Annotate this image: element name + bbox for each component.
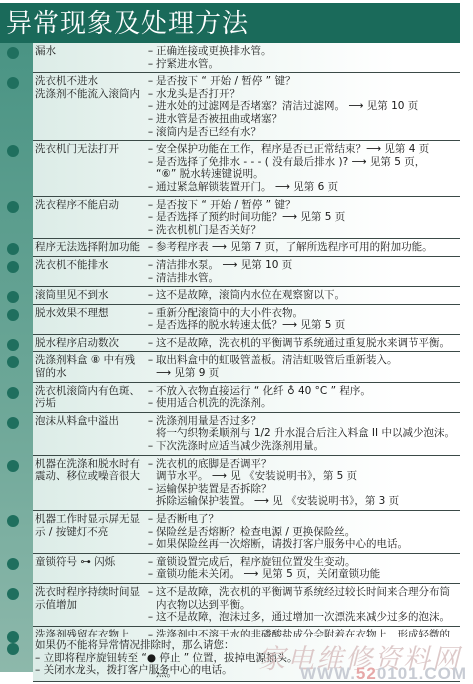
dash-marker: – bbox=[145, 337, 156, 350]
dash-marker: – bbox=[145, 45, 156, 58]
bullet-icon bbox=[7, 588, 19, 600]
bullet-icon bbox=[7, 417, 19, 429]
dash-marker: – bbox=[145, 568, 156, 581]
solutions-cell: –童锁设置完成后，程序旋钮位置发生变动。–童锁功能未关闭。 ⟶ 见第 5 页，关… bbox=[145, 554, 460, 583]
solution-line: –清洁排水泵。 ⟶ 见第 10 页 bbox=[145, 259, 460, 272]
solution-line: 调节水平。 ⟶ 见 《安装说明书》，第 5 页 bbox=[145, 470, 460, 483]
troubleshooting-table: 漏水–正确连接或更换排水管。–拧紧进水管。洗衣机不进水 洗涤剂不能流入滚筒内–是… bbox=[33, 43, 460, 682]
bullet-icon bbox=[7, 309, 19, 321]
dash-marker: – bbox=[145, 100, 156, 113]
solution-line: –是否选择了预约时间功能？⟶ 见第 5 页 bbox=[145, 211, 460, 224]
bullet-icon bbox=[7, 339, 19, 351]
problem-cell: 洗衣机不进水 洗涤剂不能流入滚筒内 bbox=[33, 73, 145, 140]
solution-line: –清洁排水管。 bbox=[145, 272, 460, 285]
solution-text: 是否断电了？ bbox=[156, 513, 460, 526]
solution-text: 重新分配滚筒中的大小件衣物。 bbox=[156, 307, 460, 320]
page-title: 异常现象及处理方法 bbox=[6, 7, 249, 41]
solution-text: 安全保护功能在工作，程序是否已正常结束？⟶ 见第 4 页 bbox=[156, 143, 460, 156]
table-row: 洗涤剂料盒 ⑧ 中有残留的水–取出料盒中的虹吸管盖板。清洁虹吸管后重新装入。⟶ … bbox=[33, 352, 460, 382]
solution-line: 将一勺织物柔顺剂与 1/2 升水混合后注入料盒 II 中以减少泡沫。 bbox=[145, 427, 460, 440]
solutions-cell: –重新分配滚筒中的大小件衣物。–是否选择的脱水转速太低？⟶ 见第 5 页 bbox=[145, 305, 460, 334]
problem-cell: 洗衣机门无法打开 bbox=[33, 141, 145, 195]
bullet-icon bbox=[7, 643, 19, 655]
solution-line: –下次洗涤时应适当减少洗涤剂用量。 bbox=[145, 440, 460, 453]
solution-text: 这不是故障，滚筒内水位在观察窗以下。 bbox=[156, 289, 460, 302]
solution-line: ⟶ 见第 9 页 bbox=[145, 367, 460, 380]
solution-text: 拆除运输保护装置。 ⟶ 见 《安装说明书》，第 3 页 bbox=[156, 495, 460, 508]
solution-line: –是否断电了？ bbox=[145, 513, 460, 526]
problem-cell: 洗衣机不能排水 bbox=[33, 257, 145, 286]
problem-cell: 漏水 bbox=[33, 43, 145, 72]
problem-cell: 洗衣程序不能启动 bbox=[33, 197, 145, 239]
solution-text: 通过紧急解锁装置开门。 ⟶ 见第 6 页 bbox=[156, 181, 460, 194]
solution-line: –参考程序表 ⟶ 见第 7 页，了解所选程序可用的附加功能。 bbox=[145, 241, 460, 254]
solution-text: 清洁排水泵。 ⟶ 见第 10 页 bbox=[156, 259, 460, 272]
solutions-cell: –洗衣机的底脚是否调平？调节水平。 ⟶ 见 《安装说明书》，第 5 页–运输保护… bbox=[145, 456, 460, 510]
solutions-cell: –清洁排水泵。 ⟶ 见第 10 页–清洁排水管。 bbox=[145, 257, 460, 286]
solutions-cell: –参考程序表 ⟶ 见第 7 页，了解所选程序可用的附加功能。 bbox=[145, 239, 460, 256]
dash-marker: – bbox=[145, 513, 156, 526]
solution-text: 这不是故障，洗衣机的平衡调节系统经过较长时间来合理分布筒内衣物以达到平衡。 bbox=[156, 586, 460, 611]
solution-text: 如果保险丝再一次熔断，请拨打客户服务中心的电话。 bbox=[156, 538, 460, 551]
dash-marker: – bbox=[145, 289, 156, 302]
bullet-icon bbox=[7, 460, 19, 472]
bullet-icon bbox=[7, 558, 19, 570]
solutions-cell: –是否按下 “ 开始 / 暂停 ” 键？–水龙头是否打开？–进水处的过滤网是否堵… bbox=[145, 73, 460, 140]
dash-marker: – bbox=[145, 88, 156, 101]
watermark-url-suffix: 0101.COM bbox=[377, 664, 467, 683]
dash-marker: – bbox=[145, 75, 156, 88]
solution-line: –洗衣机的底脚是否调平？ bbox=[145, 458, 460, 471]
solution-line: –拧紧进水管。 bbox=[145, 58, 460, 71]
solution-line: –这不是故障，滚筒内水位在观察窗以下。 bbox=[145, 289, 460, 302]
solutions-cell: –这不是故障，洗衣机的平衡调节系统通过重复脱水来调节平衡。 bbox=[145, 335, 460, 352]
solution-text: 取出料盒中的虹吸管盖板。清洁虹吸管后重新装入。 bbox=[156, 354, 460, 367]
table-row: 洗衣机滚筒内有色斑、污垢–不放入衣物直接运行 “ 化纤 ♁ 40 °C ” 程序… bbox=[33, 383, 460, 413]
problem-cell: 脱水程序启动数次 bbox=[33, 335, 145, 352]
dash-marker: – bbox=[145, 319, 156, 332]
solution-line: –重新分配滚筒中的大小件衣物。 bbox=[145, 307, 460, 320]
problem-cell: 洗衣机滚筒内有色斑、污垢 bbox=[33, 383, 145, 412]
solution-line: –是否按下 “ 开始 / 暂停 ” 键？ bbox=[145, 75, 460, 88]
table-row: 机器工作时显示屏无显示 / 按键灯不亮–是否断电了？–保险丝是否熔断？检查电源 … bbox=[33, 511, 460, 554]
table-row: 脱水效果不理想–重新分配滚筒中的大小件衣物。–是否选择的脱水转速太低？⟶ 见第 … bbox=[33, 305, 460, 335]
dash-marker bbox=[145, 168, 156, 181]
solution-text: 进水处的过滤网是否堵塞？清洁过滤网。 ⟶ 见第 10 页 bbox=[156, 100, 460, 113]
solution-line: –这不是故障，洗衣机的平衡调节系统通过重复脱水来调节平衡。 bbox=[145, 337, 460, 350]
solutions-cell: –是否按下 “ 开始 / 暂停 ” 键？–是否选择了预约时间功能？⟶ 见第 5 … bbox=[145, 197, 460, 239]
solution-text: 这不是故障，洗衣机的平衡调节系统通过重复脱水来调节平衡。 bbox=[156, 337, 460, 350]
bullet-icon bbox=[7, 201, 19, 213]
solution-line: –保险丝是否熔断？检查电源 / 更换保险丝。 bbox=[145, 526, 460, 539]
problem-cell: 程序无法选择附加功能 bbox=[33, 239, 145, 256]
bullet-icon bbox=[7, 631, 19, 643]
dash-marker: – bbox=[145, 58, 156, 71]
dash-marker bbox=[145, 367, 156, 380]
solution-text: 调节水平。 ⟶ 见 《安装说明书》，第 5 页 bbox=[156, 470, 460, 483]
solution-line: –如果保险丝再一次熔断，请拨打客户服务中心的电话。 bbox=[145, 538, 460, 551]
solution-line: –是否选择了免排水 - - - ( 没有最后排水 )? ⟶ 见第 5 页， bbox=[145, 156, 460, 169]
dash-marker: – bbox=[145, 224, 156, 237]
problem-cell: 滚筒里见不到水 bbox=[33, 287, 145, 304]
solution-text: 将一勺织物柔顺剂与 1/2 升水混合后注入料盒 II 中以减少泡沫。 bbox=[156, 427, 460, 440]
dash-marker: – bbox=[145, 586, 156, 611]
table-row: 洗衣机门无法打开–安全保护功能在工作，程序是否已正常结束？⟶ 见第 4 页–是否… bbox=[33, 141, 460, 196]
solution-text: 下次洗涤时应适当减少洗涤剂用量。 bbox=[156, 440, 460, 453]
dash-marker: – bbox=[145, 199, 156, 212]
dash-marker: – bbox=[145, 211, 156, 224]
solution-text: 不放入衣物直接运行 “ 化纤 ♁ 40 °C ” 程序。 bbox=[156, 385, 460, 398]
bullet-icon bbox=[7, 387, 19, 399]
solution-text: 运输保护装置是否拆除？ bbox=[156, 483, 460, 496]
dash-marker: – bbox=[145, 259, 156, 272]
dash-marker bbox=[145, 427, 156, 440]
problem-cell: 脱水效果不理想 bbox=[33, 305, 145, 334]
problem-cell: 洗衣时程序持续时间显示值增加 bbox=[33, 584, 145, 626]
solution-text: 洗衣机机门是否关好？ bbox=[156, 224, 460, 237]
solution-text: 是否选择了免排水 - - - ( 没有最后排水 )? ⟶ 见第 5 页， bbox=[156, 156, 460, 169]
dash-marker: – bbox=[145, 538, 156, 551]
dash-marker: – bbox=[145, 483, 156, 496]
dash-marker: – bbox=[145, 397, 156, 410]
solution-line: –进水处的过滤网是否堵塞？清洁过滤网。 ⟶ 见第 10 页 bbox=[145, 100, 460, 113]
problem-cell: 机器工作时显示屏无显示 / 按键灯不亮 bbox=[33, 511, 145, 553]
dash-marker: – bbox=[145, 611, 156, 624]
dash-marker: – bbox=[145, 272, 156, 285]
solution-text: 童锁设置完成后，程序旋钮位置发生变动。 bbox=[156, 556, 460, 569]
solution-line: –使用适合机洗的洗涤剂。 bbox=[145, 397, 460, 410]
page-header: 异常现象及处理方法 bbox=[0, 3, 460, 43]
dash-marker: – bbox=[145, 126, 156, 139]
solution-line: –通过紧急解锁装置开门。 ⟶ 见第 6 页 bbox=[145, 181, 460, 194]
problem-cell: 洗涤剂料盒 ⑧ 中有残留的水 bbox=[33, 352, 145, 381]
solution-text: 进水管是否被扭曲或堵塞？ bbox=[156, 113, 460, 126]
solution-line: –童锁功能未关闭。 ⟶ 见第 5 页，关闭童锁功能 bbox=[145, 568, 460, 581]
solutions-cell: –正确连接或更换排水管。–拧紧进水管。 bbox=[145, 43, 460, 72]
table-row: 滚筒里见不到水–这不是故障，滚筒内水位在观察窗以下。 bbox=[33, 287, 460, 305]
watermark-url-accent: 52 bbox=[356, 664, 377, 683]
dash-marker: – bbox=[145, 556, 156, 569]
solution-line: –是否按下 “ 开始 / 暂停 ” 键？ bbox=[145, 199, 460, 212]
solution-line: –滚筒内是否已经有水？ bbox=[145, 126, 460, 139]
dash-marker: – bbox=[145, 385, 156, 398]
solutions-cell: –不放入衣物直接运行 “ 化纤 ♁ 40 °C ” 程序。–使用适合机洗的洗涤剂… bbox=[145, 383, 460, 412]
dash-marker: – bbox=[145, 415, 156, 428]
solution-line: –取出料盒中的虹吸管盖板。清洁虹吸管后重新装入。 bbox=[145, 354, 460, 367]
bullet-icon bbox=[7, 291, 19, 303]
bullet-icon bbox=[7, 515, 19, 527]
bullet-icon bbox=[7, 47, 19, 59]
solution-text: 水龙头是否打开？ bbox=[156, 88, 460, 101]
dash-marker bbox=[145, 495, 156, 508]
table-row: 洗衣时程序持续时间显示值增加–这不是故障，洗衣机的平衡调节系统经过较长时间来合理… bbox=[33, 584, 460, 627]
solution-text: 童锁功能未关闭。 ⟶ 见第 5 页，关闭童锁功能 bbox=[156, 568, 460, 581]
solution-line: “⑥” 脱水转速键说明。 bbox=[145, 168, 460, 181]
table-row: 程序无法选择附加功能–参考程序表 ⟶ 见第 7 页，了解所选程序可用的附加功能。 bbox=[33, 239, 460, 257]
solutions-cell: –洗涤剂用量是否过多？将一勺织物柔顺剂与 1/2 升水混合后注入料盒 II 中以… bbox=[145, 413, 460, 455]
solutions-cell: –取出料盒中的虹吸管盖板。清洁虹吸管后重新装入。⟶ 见第 9 页 bbox=[145, 352, 460, 381]
table-row: 脱水程序启动数次–这不是故障，洗衣机的平衡调节系统通过重复脱水来调节平衡。 bbox=[33, 335, 460, 353]
dash-marker: – bbox=[145, 241, 156, 254]
solution-line: –不放入衣物直接运行 “ 化纤 ♁ 40 °C ” 程序。 bbox=[145, 385, 460, 398]
solution-text: 拧紧进水管。 bbox=[156, 58, 460, 71]
solution-text: 滚筒内是否已经有水？ bbox=[156, 126, 460, 139]
solutions-cell: –安全保护功能在工作，程序是否已正常结束？⟶ 见第 4 页–是否选择了免排水 -… bbox=[145, 141, 460, 195]
solution-text: 是否按下 “ 开始 / 暂停 ” 键？ bbox=[156, 75, 460, 88]
dash-marker: – bbox=[145, 156, 156, 169]
solution-line: –是否选择的脱水转速太低？⟶ 见第 5 页 bbox=[145, 319, 460, 332]
solution-line: –洗涤剂用量是否过多？ bbox=[145, 415, 460, 428]
solution-text: 参考程序表 ⟶ 见第 7 页，了解所选程序可用的附加功能。 bbox=[156, 241, 460, 254]
solution-line: –这不是故障，洗衣机的平衡调节系统经过较长时间来合理分布筒内衣物以达到平衡。 bbox=[145, 586, 460, 611]
dash-marker: – bbox=[145, 440, 156, 453]
solution-text: 正确连接或更换排水管。 bbox=[156, 45, 460, 58]
solution-text: 洗涤剂用量是否过多？ bbox=[156, 415, 460, 428]
bullet-icon bbox=[7, 261, 19, 273]
solutions-cell: –是否断电了？–保险丝是否熔断？检查电源 / 更换保险丝。–如果保险丝再一次熔断… bbox=[145, 511, 460, 553]
solution-text: 保险丝是否熔断？检查电源 / 更换保险丝。 bbox=[156, 526, 460, 539]
problem-cell: 泡沫从料盒中溢出 bbox=[33, 413, 145, 455]
solution-line: –童锁设置完成后，程序旋钮位置发生变动。 bbox=[145, 556, 460, 569]
solution-line: –水龙头是否打开？ bbox=[145, 88, 460, 101]
dash-marker bbox=[145, 470, 156, 483]
dash-marker: – bbox=[145, 143, 156, 156]
table-row: 洗衣机不能排水–清洁排水泵。 ⟶ 见第 10 页–清洁排水管。 bbox=[33, 257, 460, 287]
solution-text: 使用适合机洗的洗涤剂。 bbox=[156, 397, 460, 410]
table-row: 洗衣程序不能启动–是否按下 “ 开始 / 暂停 ” 键？–是否选择了预约时间功能… bbox=[33, 197, 460, 240]
solution-line: –安全保护功能在工作，程序是否已正常结束？⟶ 见第 4 页 bbox=[145, 143, 460, 156]
table-row: 漏水–正确连接或更换排水管。–拧紧进水管。 bbox=[33, 43, 460, 73]
table-row: 机器在洗涤和脱水时有震动、移位或噪音很大–洗衣机的底脚是否调平？调节水平。 ⟶ … bbox=[33, 456, 460, 511]
table-row: 泡沫从料盒中溢出–洗涤剂用量是否过多？将一勺织物柔顺剂与 1/2 升水混合后注入… bbox=[33, 413, 460, 456]
solution-text: “⑥” 脱水转速键说明。 bbox=[156, 168, 460, 181]
solution-line: 拆除运输保护装置。 ⟶ 见 《安装说明书》，第 3 页 bbox=[145, 495, 460, 508]
solution-line: –运输保护装置是否拆除？ bbox=[145, 483, 460, 496]
dash-marker: – bbox=[145, 307, 156, 320]
watermark-url: WWW.520101.COM bbox=[300, 664, 467, 684]
solution-line: –进水管是否被扭曲或堵塞？ bbox=[145, 113, 460, 126]
problem-cell: 童锁符号 ⊶ 闪烁 bbox=[33, 554, 145, 583]
solution-text: 洗衣机的底脚是否调平？ bbox=[156, 458, 460, 471]
solution-text: 清洁排水管。 bbox=[156, 272, 460, 285]
solution-line: –洗衣机机门是否关好？ bbox=[145, 224, 460, 237]
table-row: 洗衣机不进水 洗涤剂不能流入滚筒内–是否按下 “ 开始 / 暂停 ” 键？–水龙… bbox=[33, 73, 460, 141]
solution-text: 这不是故障，泡沫过多，通过增加一次漂洗来减少过多的泡沫。 bbox=[156, 611, 460, 624]
solution-line: –正确连接或更换排水管。 bbox=[145, 45, 460, 58]
dash-marker: – bbox=[145, 458, 156, 471]
table-row: 童锁符号 ⊶ 闪烁–童锁设置完成后，程序旋钮位置发生变动。–童锁功能未关闭。 ⟶… bbox=[33, 554, 460, 584]
solution-text: ⟶ 见第 9 页 bbox=[156, 367, 460, 380]
problem-cell: 机器在洗涤和脱水时有震动、移位或噪音很大 bbox=[33, 456, 145, 510]
solutions-cell: –这不是故障，洗衣机的平衡调节系统经过较长时间来合理分布筒内衣物以达到平衡。–这… bbox=[145, 584, 460, 626]
solution-line: –这不是故障，泡沫过多，通过增加一次漂洗来减少过多的泡沫。 bbox=[145, 611, 460, 624]
solution-text: 是否选择了预约时间功能？⟶ 见第 5 页 bbox=[156, 211, 460, 224]
dash-marker: – bbox=[145, 526, 156, 539]
solutions-cell: –这不是故障，滚筒内水位在观察窗以下。 bbox=[145, 287, 460, 304]
dash-marker: – bbox=[145, 113, 156, 126]
dash-marker: – bbox=[145, 354, 156, 367]
dash-marker: – bbox=[145, 181, 156, 194]
solution-text: 是否选择的脱水转速太低？⟶ 见第 5 页 bbox=[156, 319, 460, 332]
watermark-url-prefix: WWW. bbox=[300, 664, 356, 683]
solution-text: 是否按下 “ 开始 / 暂停 ” 键？ bbox=[156, 199, 460, 212]
